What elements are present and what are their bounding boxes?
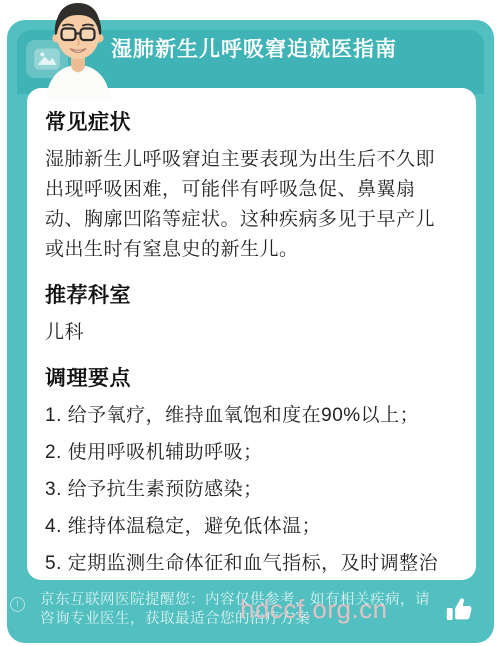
page-title: 湿肺新生儿呼吸窘迫就医指南 bbox=[111, 33, 397, 63]
footer-disclaimer-bar: ! 京东互联网医院提醒您：内容仅供参考，如有相关疾病，请咨询专业医生，获取最适合… bbox=[7, 581, 494, 639]
doctor-avatar bbox=[36, 1, 120, 99]
disclaimer-text: 京东互联网医院提醒您：内容仅供参考，如有相关疾病，请咨询专业医生，获取最适合您的… bbox=[40, 591, 442, 630]
section-heading-care-points: 调理要点 bbox=[45, 362, 452, 392]
content-panel: 常见症状 湿肺新生儿呼吸窘迫主要表现为出生后不久即出现呼吸困难，可能伴有呼吸急促… bbox=[27, 88, 476, 580]
care-point-1: 1. 给予氧疗，维持血氧饱和度在90%以上； bbox=[45, 401, 452, 430]
symptoms-paragraph: 湿肺新生儿呼吸窘迫主要表现为出生后不久即出现呼吸困难，可能伴有呼吸急促、鼻翼扇动… bbox=[45, 145, 452, 265]
care-point-5: 5. 定期监测生命体征和血气指标，及时调整治疗方案。 bbox=[45, 549, 452, 580]
guide-card: 常见症状 湿肺新生儿呼吸窘迫主要表现为出生后不久即出现呼吸困难，可能伴有呼吸急促… bbox=[7, 20, 494, 643]
guide-card-page: 常见症状 湿肺新生儿呼吸窘迫主要表现为出生后不久即出现呼吸困难，可能伴有呼吸急促… bbox=[0, 0, 500, 646]
care-point-4: 4. 维持体温稳定，避免低体温； bbox=[45, 512, 452, 541]
info-circle-icon: ! bbox=[10, 597, 25, 612]
section-heading-department: 推荐科室 bbox=[45, 279, 452, 309]
care-point-3: 3. 给予抗生素预防感染； bbox=[45, 475, 452, 504]
care-point-2: 2. 使用呼吸机辅助呼吸； bbox=[45, 438, 452, 467]
department-value: 儿科 bbox=[45, 318, 452, 348]
thumbs-up-icon[interactable] bbox=[444, 594, 476, 626]
section-heading-symptoms: 常见症状 bbox=[45, 106, 452, 136]
